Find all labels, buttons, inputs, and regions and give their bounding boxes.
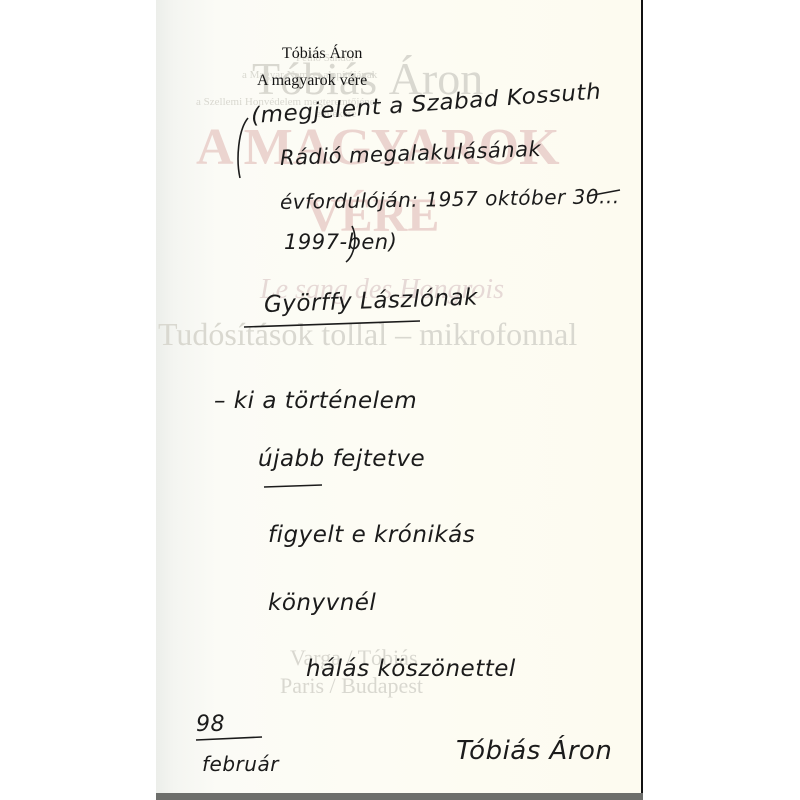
inscription-line-4: 1997-ben) [284, 230, 397, 254]
printed-book-title: A magyarok vére [257, 72, 367, 90]
printed-author-name: Tóbiás Áron [282, 45, 362, 63]
page-right-edge-shadow [641, 0, 643, 800]
scanned-book-page-scene: Pethő Sándor a Magyar Nemzet alapítójána… [0, 0, 800, 800]
inscription-line-6: – ki a történelem [214, 388, 417, 414]
inscription-date-month: február [202, 752, 279, 776]
author-signature: Tóbiás Áron [456, 736, 612, 766]
book-title-page: Pethő Sándor a Magyar Nemzet alapítójána… [156, 0, 641, 793]
inscription-line-3: évfordulóján: 1957 október 30... [280, 184, 620, 214]
inscription-line-8: figyelt e krónikás [268, 522, 475, 548]
inscription-line-10: hálás köszönettel [306, 656, 516, 682]
inscription-date-year: 98 [196, 712, 225, 737]
inscription-line-9: könyvnél [268, 590, 376, 616]
inscription-line-7: újabb fejtetve [258, 446, 425, 472]
page-bottom-edge-shadow [156, 793, 643, 800]
show-through-subtitle: Tudósítások tollal – mikrofonnal [158, 316, 577, 353]
